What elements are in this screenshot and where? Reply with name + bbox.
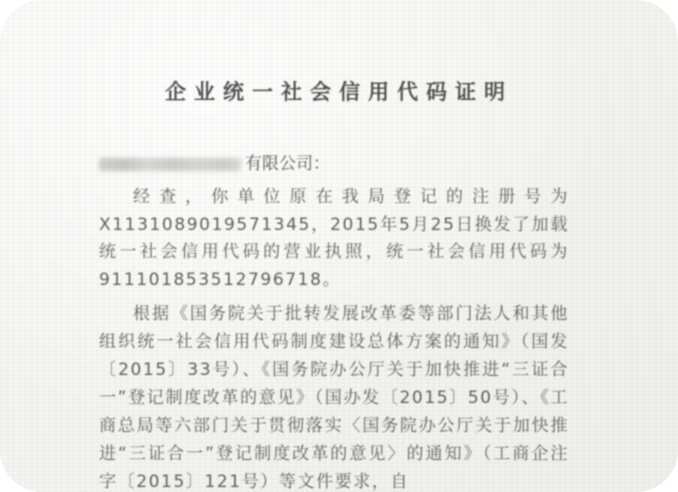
document-title: 企业统一社会信用代码证明 (0, 76, 678, 106)
paragraph-policy-citations: 根据《国务院关于批转发展改革委等部门法人和其他组织统一社会信用代码制度建设总体方… (99, 300, 569, 492)
certificate-photo: 企业统一社会信用代码证明 有限公司： 经查，你单位原在我局登记的注册号为X113… (0, 0, 678, 492)
paragraph-registration-info: 经查，你单位原在我局登记的注册号为X1131089019571345，2015年… (99, 184, 569, 294)
company-name-suffix: 有限公司： (245, 154, 330, 174)
document-body: 有限公司： 经查，你单位原在我局登记的注册号为X1131089019571345… (99, 150, 569, 492)
recipient-line: 有限公司： (99, 150, 569, 178)
redacted-company-name (99, 158, 241, 171)
document-paper: 企业统一社会信用代码证明 有限公司： 经查，你单位原在我局登记的注册号为X113… (0, 0, 678, 492)
